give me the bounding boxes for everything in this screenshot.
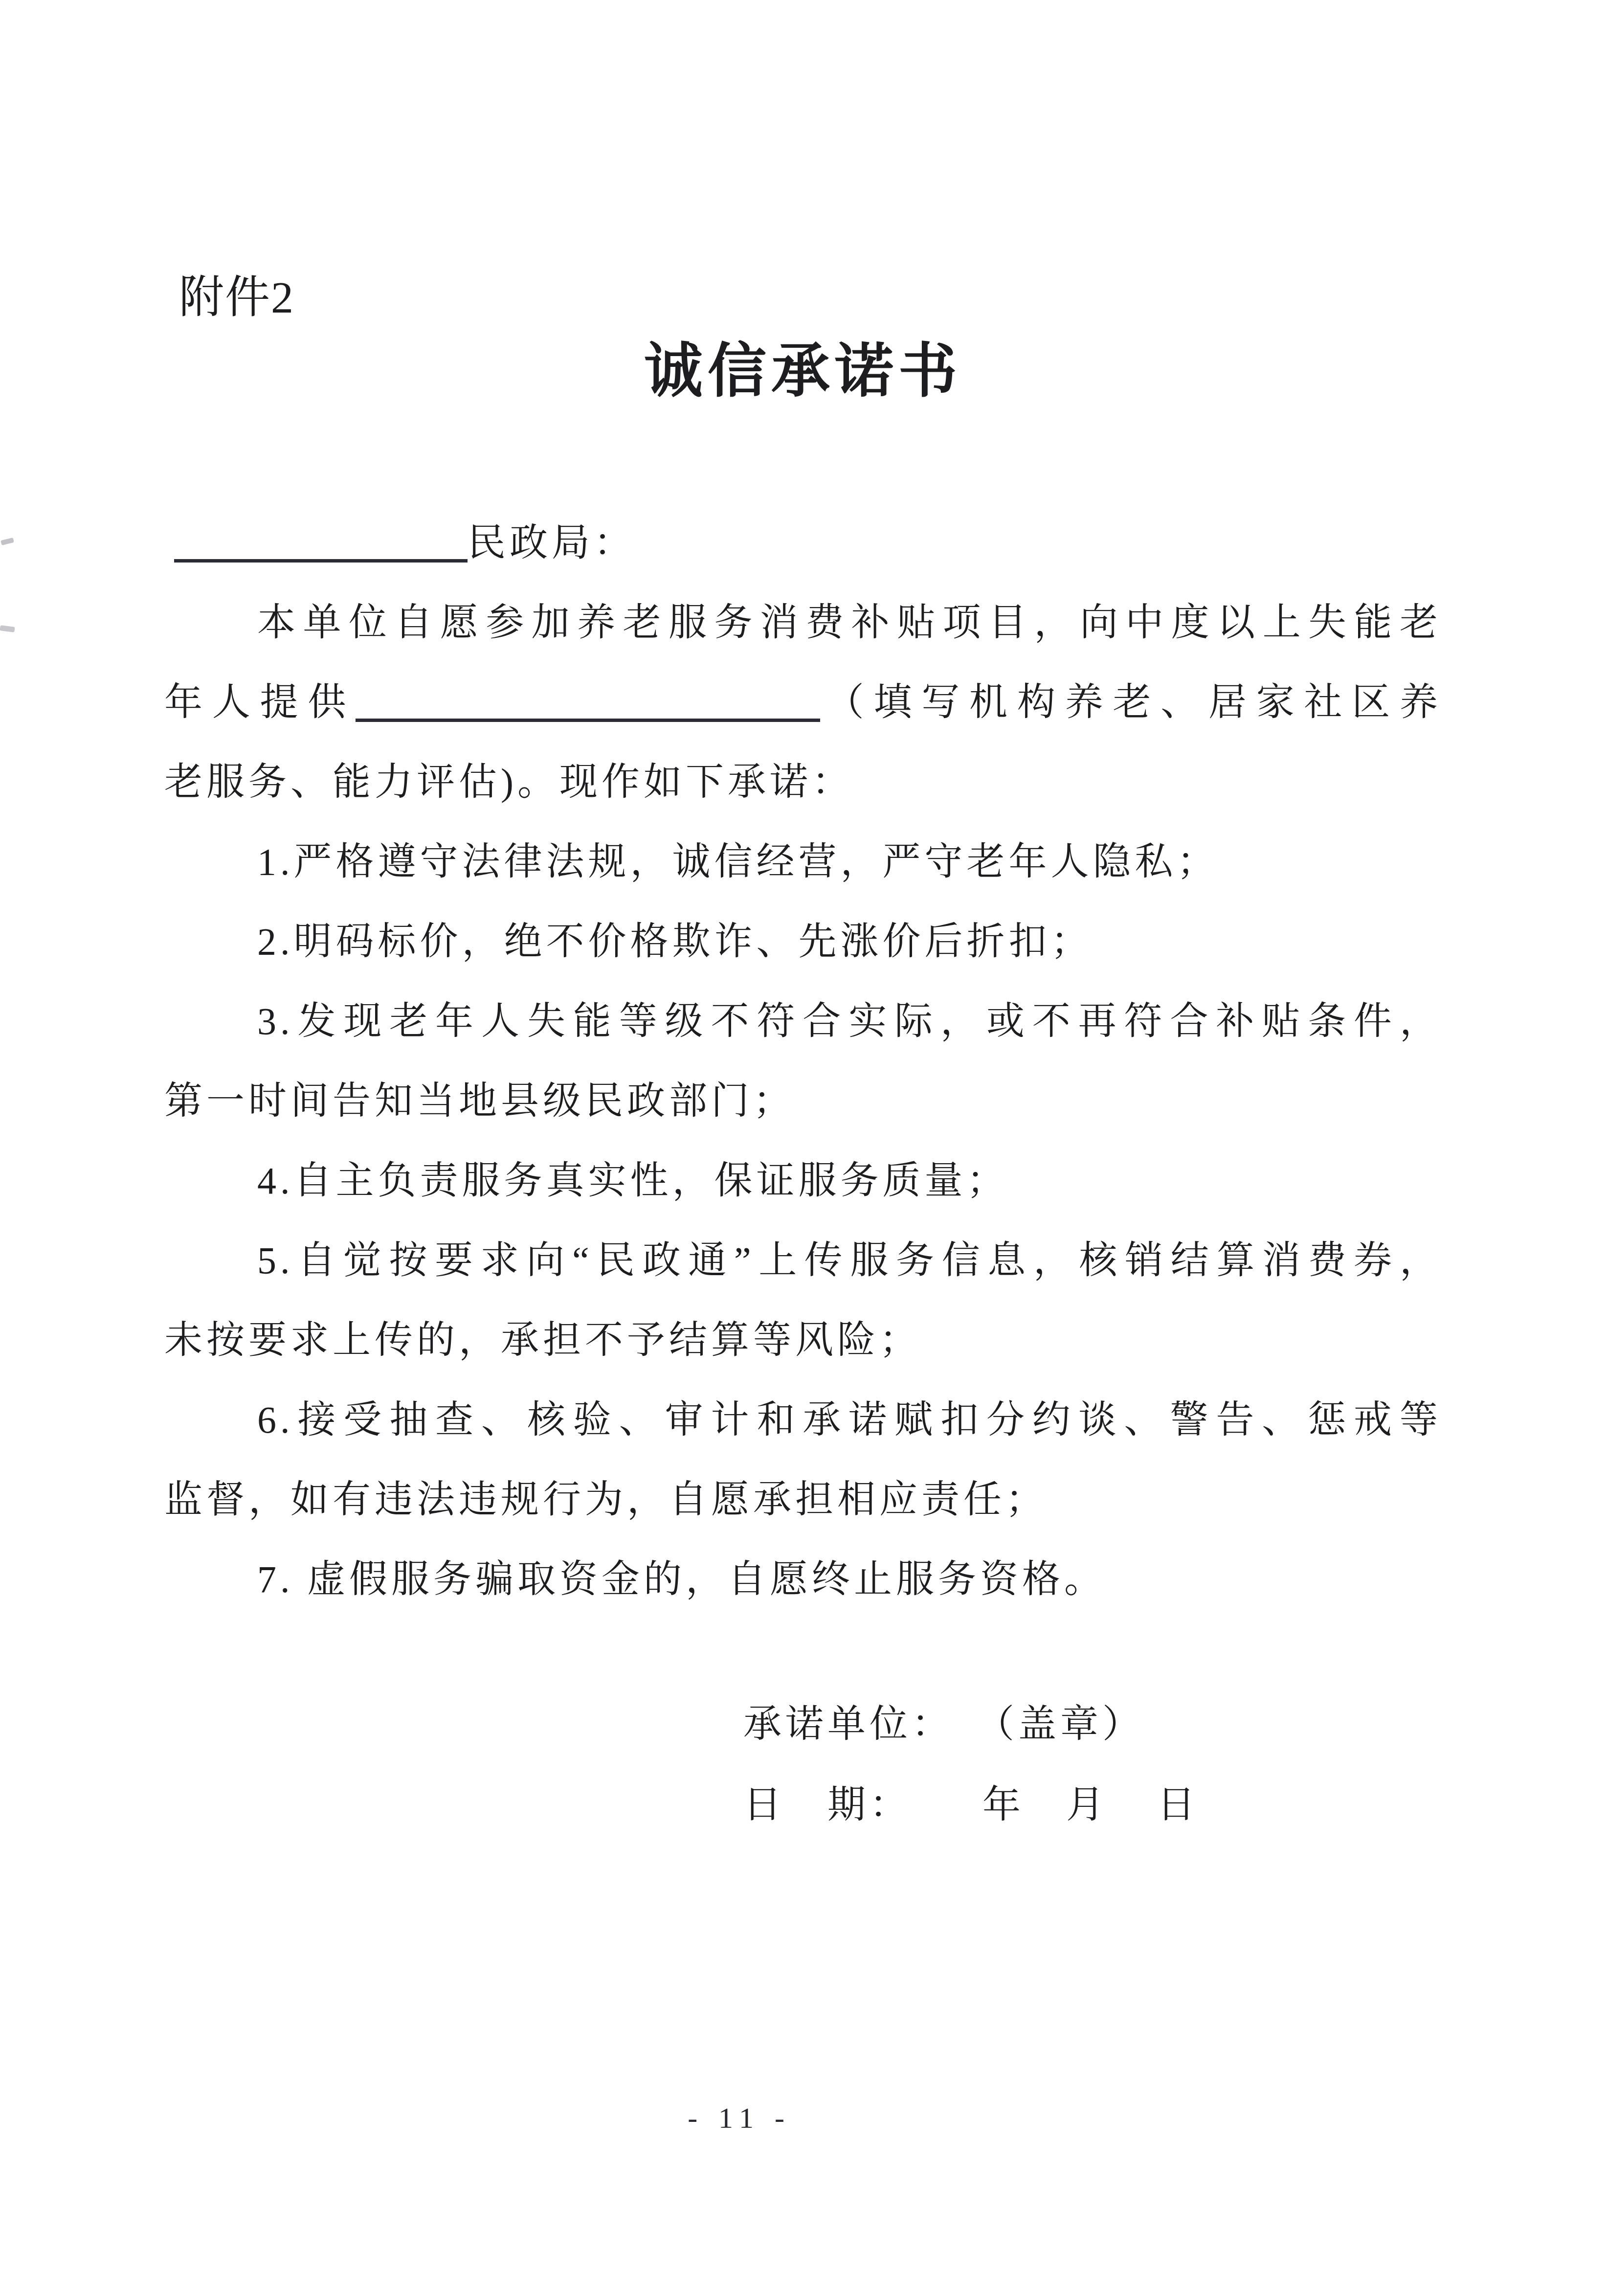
page-title: 诚信承诺书: [0, 333, 1606, 411]
commitment-item-7: 7. 虚假服务骗取资金的，自愿终止服务资格。: [164, 1539, 1442, 1619]
date-month-label: 月: [1066, 1783, 1108, 1826]
service-prefix-text: 年人提供: [164, 681, 356, 723]
commitment-item-3: 3.发现老年人失能等级不符合实际，或不再符合补贴条件，: [164, 981, 1442, 1061]
date-day-label: 日: [1157, 1783, 1199, 1826]
commitment-item-6-continued: 监督，如有违法违规行为，自愿承担相应责任；: [164, 1460, 1442, 1539]
seal-hint: （盖章）: [995, 1703, 1144, 1745]
commitment-item-6: 6.接受抽查、核验、审计和承诺赋扣分约谈、警告、惩戒等: [164, 1380, 1442, 1460]
document-page: 附件2 诚信承诺书 民政局： 本单位自愿参加养老服务消费补贴项目，向中度以上失能…: [0, 0, 1606, 2296]
scan-artifact: [0, 625, 15, 632]
date-year-label: 年: [982, 1783, 1025, 1826]
signature-unit-line: 承诺单位：（盖章）: [743, 1684, 1199, 1764]
commitment-item-2: 2.明码标价，绝不价格欺诈、先涨价后折扣；: [164, 901, 1442, 981]
page-number: - 11 -: [0, 2098, 1479, 2138]
scan-artifact: [0, 538, 14, 545]
paragraph-line: 本单位自愿参加养老服务消费补贴项目，向中度以上失能老: [164, 583, 1442, 662]
commitment-item-1: 1.严格遵守法律法规，诚信经营，严守老年人隐私；: [164, 822, 1442, 901]
paragraph-line: 老服务、能力评估)。现作如下承诺：: [164, 742, 1442, 822]
commitment-item-5-continued: 未按要求上传的，承担不予结算等风险；: [164, 1300, 1442, 1380]
blank-underline-field: [356, 687, 820, 722]
date-label: 日 期：: [743, 1783, 912, 1826]
attachment-label: 附件2: [179, 268, 294, 327]
service-suffix-text: （填写机构养老、居家社区养: [820, 681, 1442, 723]
paragraph-line: 年人提供（填写机构养老、居家社区养: [164, 662, 1442, 742]
blank-underline-field: [174, 528, 468, 563]
salutation-text: 民政局：: [468, 521, 636, 564]
signature-block: 承诺单位：（盖章） 日 期：年月日: [743, 1684, 1199, 1845]
document-body: 民政局： 本单位自愿参加养老服务消费补贴项目，向中度以上失能老 年人提供（填写机…: [164, 503, 1442, 1619]
signature-date-line: 日 期：年月日: [743, 1764, 1199, 1845]
salutation-line: 民政局：: [164, 503, 1442, 583]
signature-unit-label: 承诺单位：: [743, 1703, 954, 1745]
commitment-item-5: 5.自觉按要求向“民政通”上传服务信息，核销结算消费券，: [164, 1220, 1442, 1300]
commitment-item-4: 4.自主负责服务真实性，保证服务质量；: [164, 1141, 1442, 1220]
commitment-item-3-continued: 第一时间告知当地县级民政部门；: [164, 1061, 1442, 1141]
